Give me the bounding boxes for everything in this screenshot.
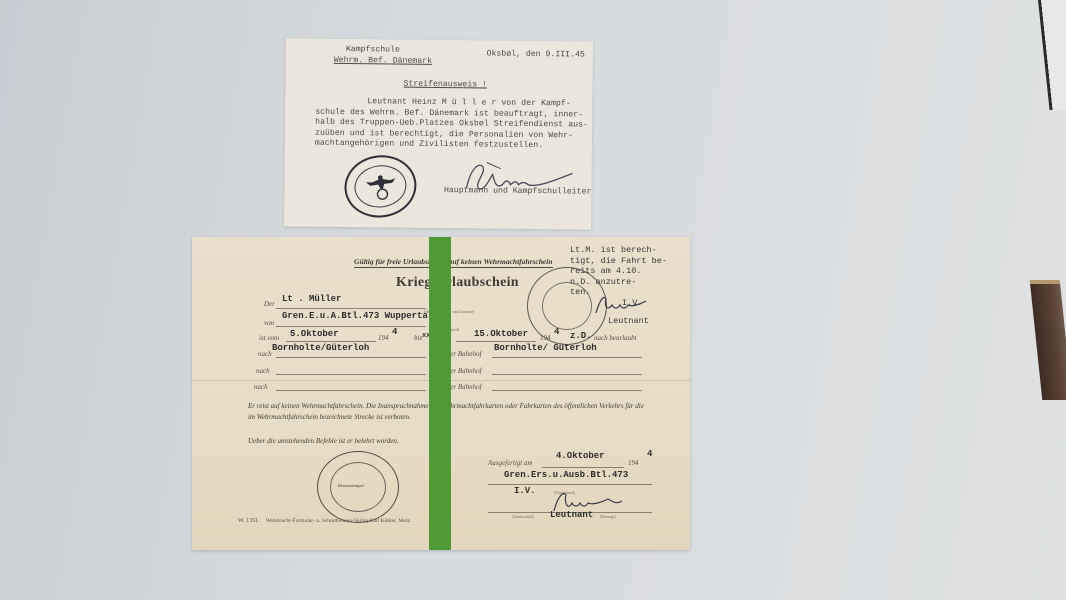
field-line (492, 374, 642, 375)
field-line (492, 357, 642, 358)
kriegsurlaubschein-document: Gültig für freie Urlaubsreisen auf keine… (192, 237, 690, 550)
document-title: Streifenausweis ! (403, 80, 487, 91)
note-line: reits am 4.10. (570, 266, 667, 277)
to-date: 15.Oktober (474, 329, 528, 339)
field-line (276, 374, 426, 375)
document-title: Kriegsurlaubschein (396, 275, 519, 291)
note-rank: Leutnant (570, 316, 667, 327)
issued-date: 4.Oktober (556, 451, 605, 461)
field-line (492, 390, 642, 391)
wooden-block (1030, 280, 1066, 400)
stamp-label: Dienststempel (338, 483, 364, 488)
note-line: tigt, die Fahrt be- (570, 256, 667, 267)
origin: Bornholte/Güterloh (272, 343, 369, 353)
issuer-line-2: Wehrm. Bef. Dänemark (334, 55, 432, 67)
year-label: 194 (628, 459, 639, 467)
field-line (276, 357, 426, 358)
green-band (429, 237, 451, 550)
bis-label: bis (414, 334, 422, 342)
ist-vom-label: ist vom (259, 334, 279, 342)
validity-header: Gültig für freie Urlaubsreisen auf keine… (354, 257, 553, 268)
nach-label: nach (256, 367, 270, 375)
destination: Bornholte/ Güterloh (494, 343, 597, 353)
year-digit: 4 (647, 449, 652, 459)
signer-hint: (Unterschrift) (512, 514, 534, 519)
signature-icon (592, 293, 652, 317)
year-digit: 4 (392, 327, 397, 337)
issuer: Kampfschule Wehrm. Bef. Dänemark (334, 45, 432, 67)
note-line: n.D. anzutre- (570, 277, 667, 288)
von-label: von (264, 319, 274, 327)
eagle-icon (363, 169, 401, 203)
der-label: Der (264, 300, 275, 308)
reason: z.D. (570, 331, 592, 341)
document-body: Leutnant Heinz M ü l l e r von der Kampf… (315, 97, 588, 152)
footer: W. 1351.Wehrmacht-Formular- u. Schreibwa… (238, 518, 411, 524)
field-line (488, 484, 652, 485)
field-line (276, 390, 426, 391)
field-line (286, 341, 376, 342)
form-number: W. 1351. (238, 518, 260, 524)
nach-label: nach (258, 350, 272, 358)
der-value: Lt . Müller (282, 294, 341, 304)
issuer-line-1: Kampfschule (334, 45, 432, 57)
service-stamp-icon: Dienststempel (317, 451, 399, 523)
place-date: Oksbøl, den 9.III.45 (486, 49, 584, 61)
issued-iv: I.V. (514, 486, 536, 496)
instruction: Ueber die umstehenden Befehle ist er bel… (248, 437, 399, 445)
table-edge (1038, 0, 1066, 110)
year-label: 194 (378, 334, 389, 342)
from-date: 5.Oktober (290, 329, 339, 339)
field-line (276, 308, 426, 309)
issued-label: Ausgefertigt am (488, 459, 533, 467)
von-value: Gren.E.u.A.Btl.473 Wuppertal (282, 311, 433, 321)
signer-title: Hauptmann und Kampfschulleiter (444, 186, 592, 198)
eagle-stamp-icon (341, 151, 420, 222)
year-digit: 4 (554, 327, 559, 337)
issuing-unit: Gren.Ers.u.Ausb.Btl.473 (504, 470, 628, 480)
nach-label: nach (254, 383, 268, 391)
field-line (276, 326, 426, 327)
signer-hint: (Dienstg.) (600, 514, 616, 519)
beurlaubt-label: nach beurlaubt (594, 334, 637, 342)
field-line (542, 467, 624, 468)
printer: Wehrmacht-Formular- u. Schreibwaren-Verl… (266, 518, 412, 524)
note-line: Lt.M. ist berech- (570, 245, 667, 256)
signer-rank: Leutnant (550, 510, 593, 520)
field-line (456, 341, 536, 342)
streifenausweis-document: Kampfschule Wehrm. Bef. Dänemark Oksbøl,… (284, 38, 593, 229)
year-label: 194 (540, 334, 551, 342)
